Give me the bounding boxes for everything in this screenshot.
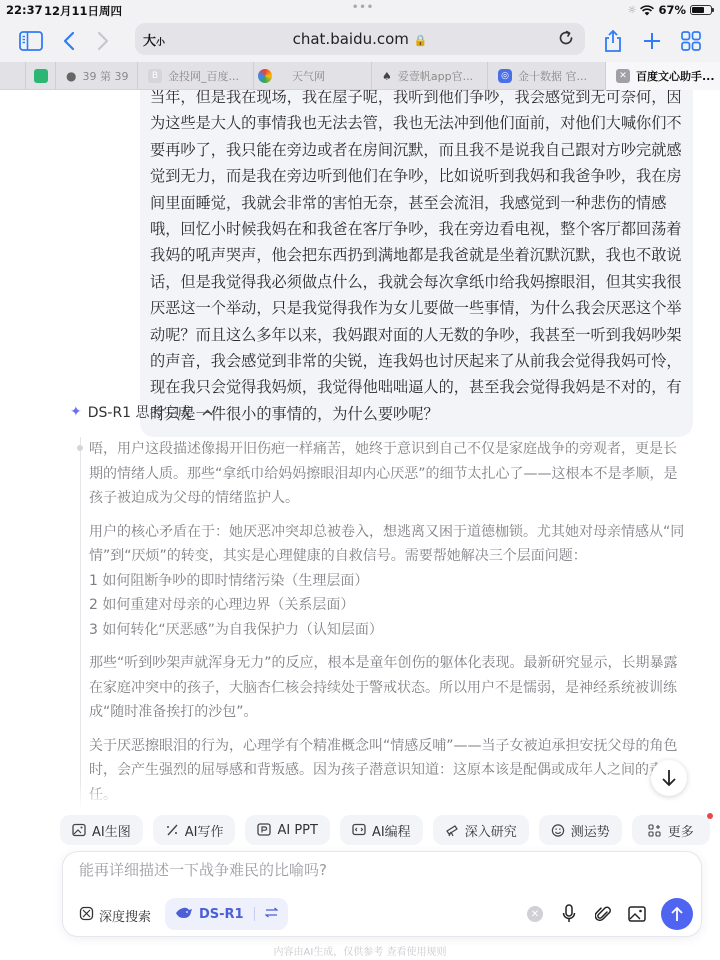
chat-input[interactable] bbox=[79, 861, 679, 879]
deep-search-button[interactable]: 深度搜索 bbox=[71, 900, 159, 930]
wifi-icon bbox=[640, 5, 654, 16]
tool-chips: AI生图 AI写作 AI PPT AI编程 深入研究 测运势 更多 bbox=[60, 815, 710, 845]
tab-pinned-empty[interactable] bbox=[0, 62, 26, 90]
atom-icon bbox=[79, 906, 94, 925]
attachment-icon[interactable] bbox=[593, 904, 613, 924]
close-tab-icon[interactable]: ✕ bbox=[616, 69, 630, 83]
thinking-list-item: 1 如何阻断争吵的即时情绪污染（生理层面） bbox=[89, 569, 690, 594]
clear-input-icon[interactable]: ✕ bbox=[525, 904, 545, 924]
smile-icon bbox=[551, 823, 565, 837]
thinking-toggle[interactable]: ✦ DS-R1 思考完成 bbox=[70, 402, 213, 422]
tool-ai-coding[interactable]: AI编程 bbox=[340, 815, 423, 845]
status-bar: 22:37 12月11日周四 ••• ☼ 67% bbox=[0, 0, 720, 20]
back-icon[interactable] bbox=[54, 26, 84, 56]
multitask-dots[interactable]: ••• bbox=[352, 2, 374, 13]
tool-more[interactable]: 更多 bbox=[632, 815, 710, 845]
content-fade bbox=[0, 780, 720, 810]
thinking-paragraph: 唔，用户这段描述像揭开旧伤疤一样痛苦，她终于意识到自己不仅是家庭战争的旁观者，更… bbox=[89, 437, 690, 511]
tab-apple[interactable]: ● 39 第 39 bbox=[56, 62, 138, 90]
tab-bar: ● 39 第 39 B 金投网_百度... 天气网 ♠ 爱壹帆app官... ◎… bbox=[0, 62, 720, 90]
status-time: 22:37 bbox=[6, 3, 43, 17]
forward-icon[interactable] bbox=[88, 26, 118, 56]
microphone-icon[interactable] bbox=[559, 904, 579, 924]
reload-icon[interactable] bbox=[557, 29, 575, 51]
arrow-up-icon bbox=[670, 906, 684, 922]
brightness-icon: ☼ bbox=[628, 5, 637, 16]
code-icon bbox=[352, 823, 366, 837]
chat-scroll-area[interactable]: 当年，但是我在现场，我在屋子呢，我听到他们争吵，我会感觉到无可奈何，因为这些是大… bbox=[0, 90, 720, 810]
arrow-down-icon bbox=[661, 769, 677, 787]
chevron-up-icon bbox=[202, 405, 213, 419]
tool-ai-image[interactable]: AI生图 bbox=[60, 815, 143, 845]
send-button[interactable] bbox=[661, 898, 693, 930]
status-date: 12月11日周四 bbox=[44, 3, 122, 19]
pen-icon bbox=[165, 823, 179, 837]
tab-jintou[interactable]: B 金投网_百度... bbox=[138, 62, 254, 90]
model-selector[interactable]: DS-R1 bbox=[165, 898, 288, 930]
apple-icon: ● bbox=[66, 69, 76, 83]
image-upload-icon[interactable] bbox=[627, 904, 647, 924]
tool-ai-ppt[interactable]: AI PPT bbox=[245, 815, 329, 845]
jin10-icon: ◎ bbox=[498, 69, 512, 83]
tool-deep-research[interactable]: 深入研究 bbox=[433, 815, 529, 845]
divider bbox=[254, 907, 255, 921]
battery-icon bbox=[690, 5, 712, 15]
app-icon bbox=[34, 69, 48, 83]
aiyifan-icon: ♠ bbox=[382, 70, 392, 83]
scroll-to-bottom-button[interactable] bbox=[651, 760, 687, 796]
tool-ai-writing[interactable]: AI写作 bbox=[153, 815, 236, 845]
tab-weather[interactable]: 天气网 bbox=[254, 62, 372, 90]
input-actions: ✕ bbox=[525, 898, 693, 930]
tool-fortune[interactable]: 测运势 bbox=[539, 815, 622, 845]
thinking-content: 唔，用户这段描述像揭开旧伤疤一样痛苦，她终于意识到自己不仅是家庭战争的旁观者，更… bbox=[80, 437, 690, 810]
tab-overview-icon[interactable] bbox=[676, 26, 706, 56]
thinking-paragraph: 那些“听到吵架声就浑身无力”的反应，根本是童年创伤的躯体化表现。最新研究显示，长… bbox=[89, 651, 690, 725]
disclaimer-note[interactable]: 内容由AI生成，仅供参考 查看使用规则 bbox=[0, 943, 720, 958]
thinking-list-item: 2 如何重建对母亲的心理边界（关系层面） bbox=[89, 593, 690, 618]
notification-dot bbox=[707, 813, 713, 819]
b-icon: B bbox=[148, 69, 162, 83]
new-tab-icon[interactable] bbox=[637, 26, 667, 56]
lock-icon: 🔒 bbox=[414, 34, 428, 47]
grid-icon bbox=[648, 823, 662, 837]
ppt-icon bbox=[257, 823, 271, 837]
thinking-dot bbox=[77, 445, 83, 451]
address-bar[interactable]: 大小 chat.baidu.com 🔒 bbox=[135, 23, 585, 55]
tab-aiyifan[interactable]: ♠ 爱壹帆app官... bbox=[372, 62, 488, 90]
sidebar-toggle-icon[interactable] bbox=[16, 26, 46, 56]
switch-model-icon[interactable] bbox=[265, 907, 278, 922]
image-gen-icon bbox=[72, 823, 86, 837]
tab-app[interactable] bbox=[26, 62, 56, 90]
weather-icon bbox=[258, 69, 272, 83]
status-right: ☼ 67% bbox=[628, 3, 713, 17]
browser-toolbar: 大小 chat.baidu.com 🔒 bbox=[0, 20, 720, 62]
sparkle-icon: ✦ bbox=[70, 404, 82, 420]
thinking-list-item: 3 如何转化“厌恶感”为自我保护力（认知层面） bbox=[89, 618, 690, 643]
tab-jin10[interactable]: ◎ 金十数据 官... bbox=[488, 62, 606, 90]
thinking-paragraph: 用户的核心矛盾在于：她厌恶冲突却总被卷入，想逃离又困于道德枷锁。尤其她对母亲情感… bbox=[89, 520, 690, 569]
share-icon[interactable] bbox=[598, 26, 628, 56]
tab-baidu-wenxin[interactable]: ✕ 百度文心助手... bbox=[606, 62, 720, 90]
thinking-header-text: DS-R1 思考完成 bbox=[88, 402, 192, 422]
chat-input-box: 深度搜索 DS-R1 ✕ bbox=[62, 851, 702, 937]
battery-percent: 67% bbox=[658, 3, 686, 17]
whale-icon bbox=[175, 906, 193, 923]
user-message-bubble: 当年，但是我在现场，我在屋子呢，我听到他们争吵，我会感觉到无可奈何，因为这些是大… bbox=[140, 90, 693, 437]
telescope-icon bbox=[445, 823, 459, 837]
url-text[interactable]: chat.baidu.com 🔒 bbox=[135, 30, 585, 48]
